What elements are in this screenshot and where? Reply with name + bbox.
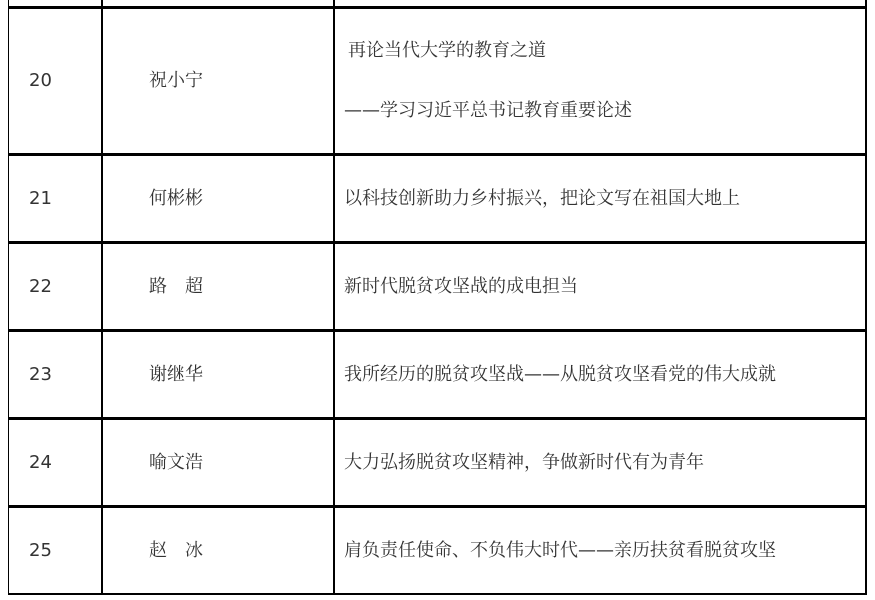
talk-title: 再论当代大学的教育之道 ——学习习近平总书记教育重要论述 <box>334 8 866 155</box>
document-body: 20 祝小宁 再论当代大学的教育之道 ——学习习近平总书记教育重要论述 21 何… <box>8 0 867 595</box>
table-row: 21 何彬彬 以科技创新助力乡村振兴，把论文写在祖国大地上 <box>9 155 867 243</box>
row-number: 20 <box>9 8 103 155</box>
speaker-name: 赵 冰 <box>102 507 334 595</box>
talk-title-subtitle: ——学习习近平总书记教育重要论述 <box>344 97 865 125</box>
speaker-table: 20 祝小宁 再论当代大学的教育之道 ——学习习近平总书记教育重要论述 21 何… <box>8 0 867 595</box>
speaker-name: 路 超 <box>102 243 334 331</box>
speaker-name: 祝小宁 <box>102 8 334 155</box>
speaker-name: 喻文浩 <box>102 419 334 507</box>
table-row-previous-partial <box>9 0 867 8</box>
cell-name <box>102 0 334 8</box>
talk-title: 我所经历的脱贫攻坚战——从脱贫攻坚看党的伟大成就 <box>334 331 866 419</box>
talk-title: 大力弘扬脱贫攻坚精神，争做新时代有为青年 <box>334 419 866 507</box>
table-row: 25 赵 冰 肩负责任使命、不负伟大时代——亲历扶贫看脱贫攻坚 <box>9 507 867 595</box>
talk-title: 新时代脱贫攻坚战的成电担当 <box>334 243 866 331</box>
talk-title-main: 再论当代大学的教育之道 <box>344 37 865 65</box>
row-number: 22 <box>9 243 103 331</box>
row-number: 25 <box>9 507 103 595</box>
talk-title: 以科技创新助力乡村振兴，把论文写在祖国大地上 <box>334 155 866 243</box>
table-row: 20 祝小宁 再论当代大学的教育之道 ——学习习近平总书记教育重要论述 <box>9 8 867 155</box>
speaker-name: 何彬彬 <box>102 155 334 243</box>
row-number: 23 <box>9 331 103 419</box>
talk-title: 肩负责任使命、不负伟大时代——亲历扶贫看脱贫攻坚 <box>334 507 866 595</box>
table-row: 24 喻文浩 大力弘扬脱贫攻坚精神，争做新时代有为青年 <box>9 419 867 507</box>
row-number: 24 <box>9 419 103 507</box>
table-row: 22 路 超 新时代脱贫攻坚战的成电担当 <box>9 243 867 331</box>
row-number: 21 <box>9 155 103 243</box>
speaker-name: 谢继华 <box>102 331 334 419</box>
cell-num <box>9 0 103 8</box>
cell-title <box>334 0 866 8</box>
table-row: 23 谢继华 我所经历的脱贫攻坚战——从脱贫攻坚看党的伟大成就 <box>9 331 867 419</box>
